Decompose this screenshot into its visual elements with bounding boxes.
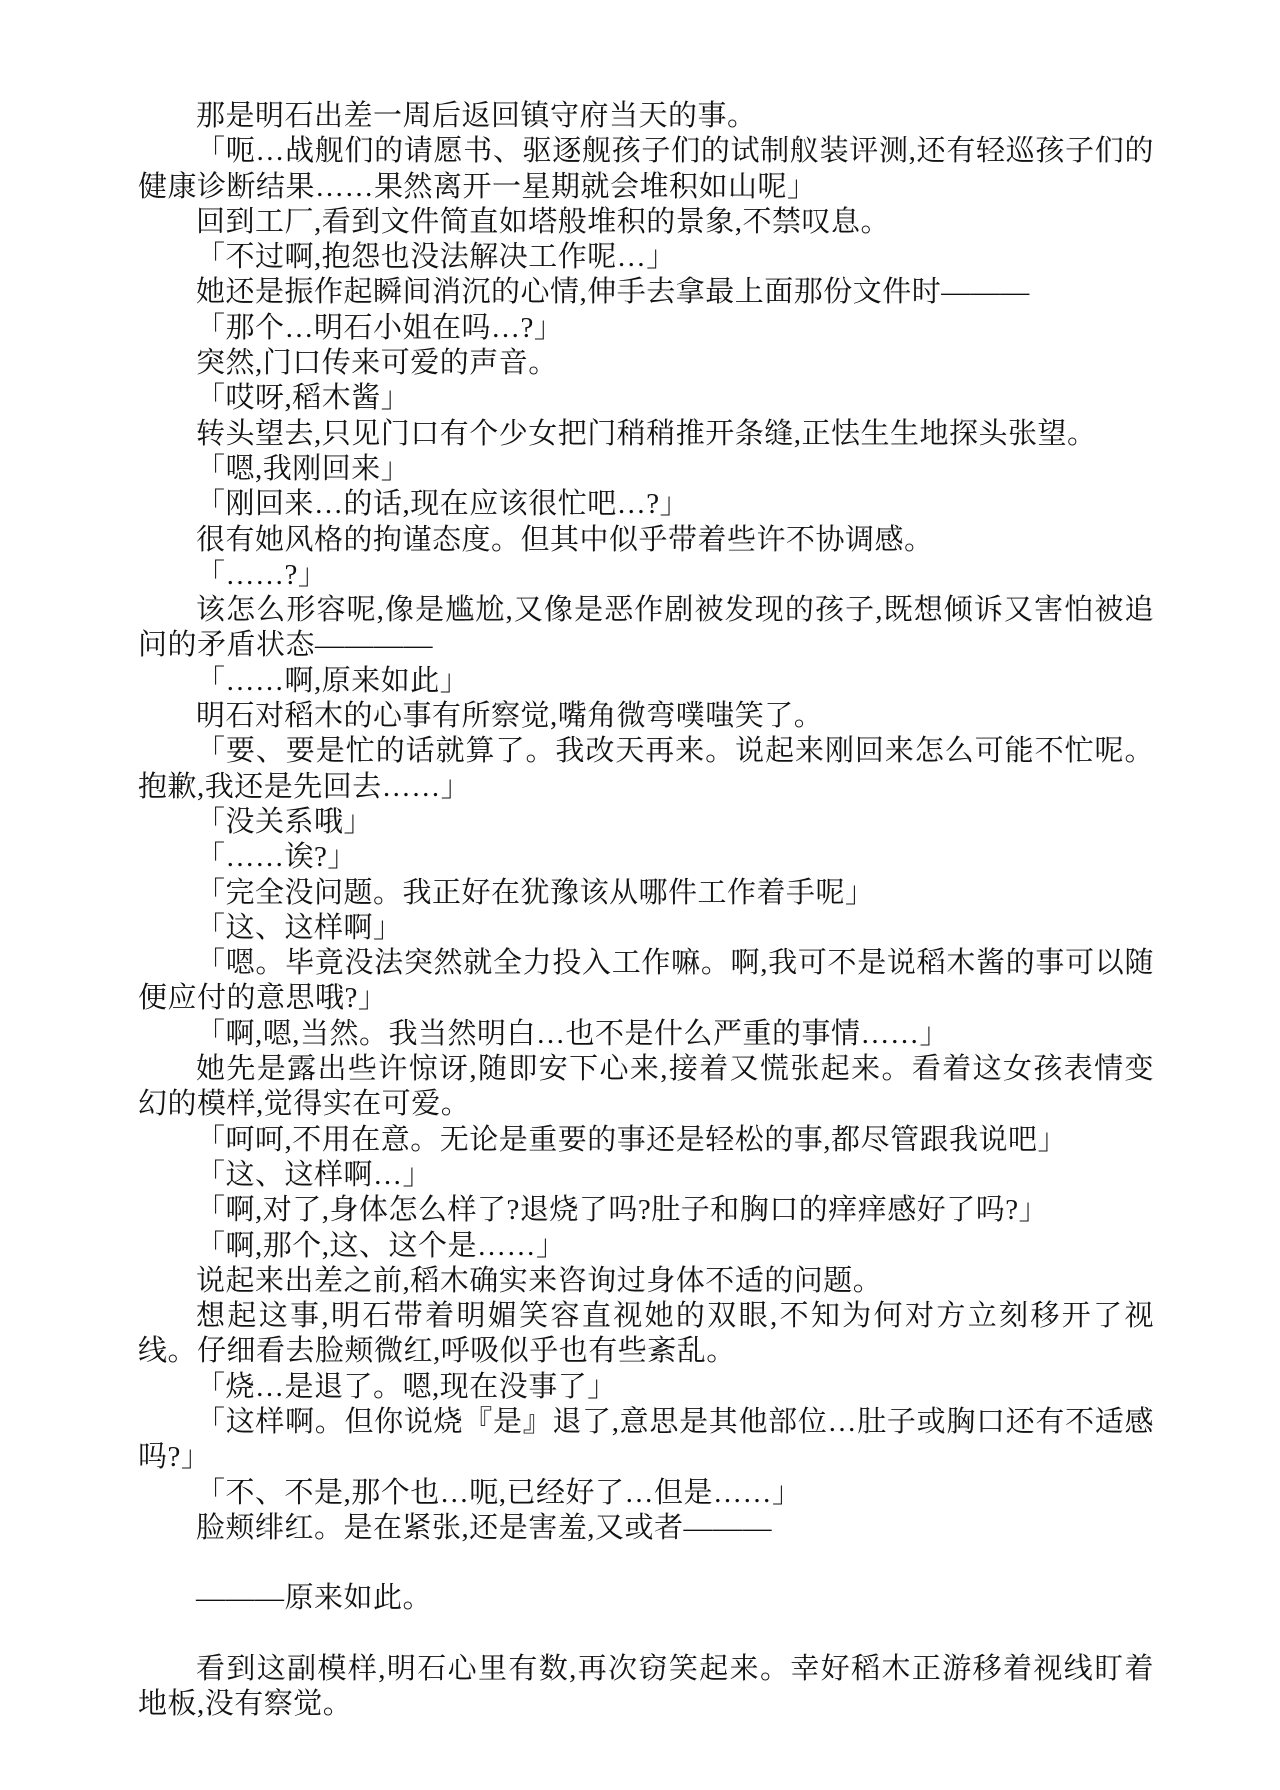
paragraph: 「嗯。毕竟没法突然就全力投入工作嘛。啊,我可不是说稻木酱的事可以随便应付的意思哦…	[138, 946, 1154, 1017]
paragraph: 她先是露出些许惊讶,随即安下心来,接着又慌张起来。看着这女孩表情变幻的模样,觉得…	[138, 1052, 1154, 1123]
paragraph: 「啊,那个,这、这个是……」	[138, 1229, 1154, 1264]
page-text-body: 那是明石出差一周后返回镇守府当天的事。「呃…战舰们的请愿书、驱逐舰孩子们的试制舣…	[138, 99, 1154, 1723]
paragraph: 该怎么形容呢,像是尴尬,又像是恶作剧被发现的孩子,既想倾诉又害怕被追问的矛盾状态…	[138, 593, 1154, 664]
paragraph: 「……啊,原来如此」	[138, 664, 1154, 699]
paragraph: 「啊,对了,身体怎么样了?退烧了吗?肚子和胸口的痒痒感好了吗?」	[138, 1193, 1154, 1228]
paragraph: 突然,门口传来可爱的声音。	[138, 346, 1154, 381]
paragraph: ———原来如此。	[138, 1581, 1154, 1616]
paragraph: 很有她风格的拘谨态度。但其中似乎带着些许不协调感。	[138, 523, 1154, 558]
blank-line	[138, 1546, 1154, 1581]
paragraph: 「不、不是,那个也…呃,已经好了…但是……」	[138, 1476, 1154, 1511]
paragraph: 「不过啊,抱怨也没法解决工作呢…」	[138, 240, 1154, 275]
blank-line	[138, 1617, 1154, 1652]
paragraph: 「烧…是退了。嗯,现在没事了」	[138, 1370, 1154, 1405]
paragraph: 脸颊绯红。是在紧张,还是害羞,又或者———	[138, 1511, 1154, 1546]
paragraph: 想起这事,明石带着明媚笑容直视她的双眼,不知为何对方立刻移开了视线。仔细看去脸颊…	[138, 1299, 1154, 1370]
paragraph: 「呃…战舰们的请愿书、驱逐舰孩子们的试制舣装评测,还有轻巡孩子们的健康诊断结果……	[138, 134, 1154, 205]
paragraph: 「呵呵,不用在意。无论是重要的事还是轻松的事,都尽管跟我说吧」	[138, 1123, 1154, 1158]
paragraph: 「这、这样啊」	[138, 911, 1154, 946]
paragraph: 「……诶?」	[138, 840, 1154, 875]
paragraph: 看到这副模样,明石心里有数,再次窃笑起来。幸好稻木正游移着视线盯着地板,没有察觉…	[138, 1652, 1154, 1723]
paragraph: 「哎呀,稻木酱」	[138, 381, 1154, 416]
paragraph: 「完全没问题。我正好在犹豫该从哪件工作着手呢」	[138, 876, 1154, 911]
paragraph: 她还是振作起瞬间消沉的心情,伸手去拿最上面那份文件时———	[138, 275, 1154, 310]
paragraph: 回到工厂,看到文件简直如塔般堆积的景象,不禁叹息。	[138, 205, 1154, 240]
novel-page: 那是明石出差一周后返回镇守府当天的事。「呃…战舰们的请愿书、驱逐舰孩子们的试制舣…	[0, 0, 1280, 1790]
paragraph: 「这样啊。但你说烧『是』退了,意思是其他部位…肚子或胸口还有不适感吗?」	[138, 1405, 1154, 1476]
paragraph: 「那个…明石小姐在吗…?」	[138, 311, 1154, 346]
paragraph: 明石对稻木的心事有所察觉,嘴角微弯噗嗤笑了。	[138, 699, 1154, 734]
paragraph: 「刚回来…的话,现在应该很忙吧…?」	[138, 487, 1154, 522]
paragraph: 那是明石出差一周后返回镇守府当天的事。	[138, 99, 1154, 134]
paragraph: 「这、这样啊…」	[138, 1158, 1154, 1193]
paragraph: 转头望去,只见门口有个少女把门稍稍推开条缝,正怯生生地探头张望。	[138, 417, 1154, 452]
paragraph: 「……?」	[138, 558, 1154, 593]
paragraph: 「嗯,我刚回来」	[138, 452, 1154, 487]
paragraph: 说起来出差之前,稻木确实来咨询过身体不适的问题。	[138, 1264, 1154, 1299]
paragraph: 「要、要是忙的话就算了。我改天再来。说起来刚回来怎么可能不忙呢。抱歉,我还是先回…	[138, 734, 1154, 805]
paragraph: 「没关系哦」	[138, 805, 1154, 840]
paragraph: 「啊,嗯,当然。我当然明白…也不是什么严重的事情……」	[138, 1017, 1154, 1052]
